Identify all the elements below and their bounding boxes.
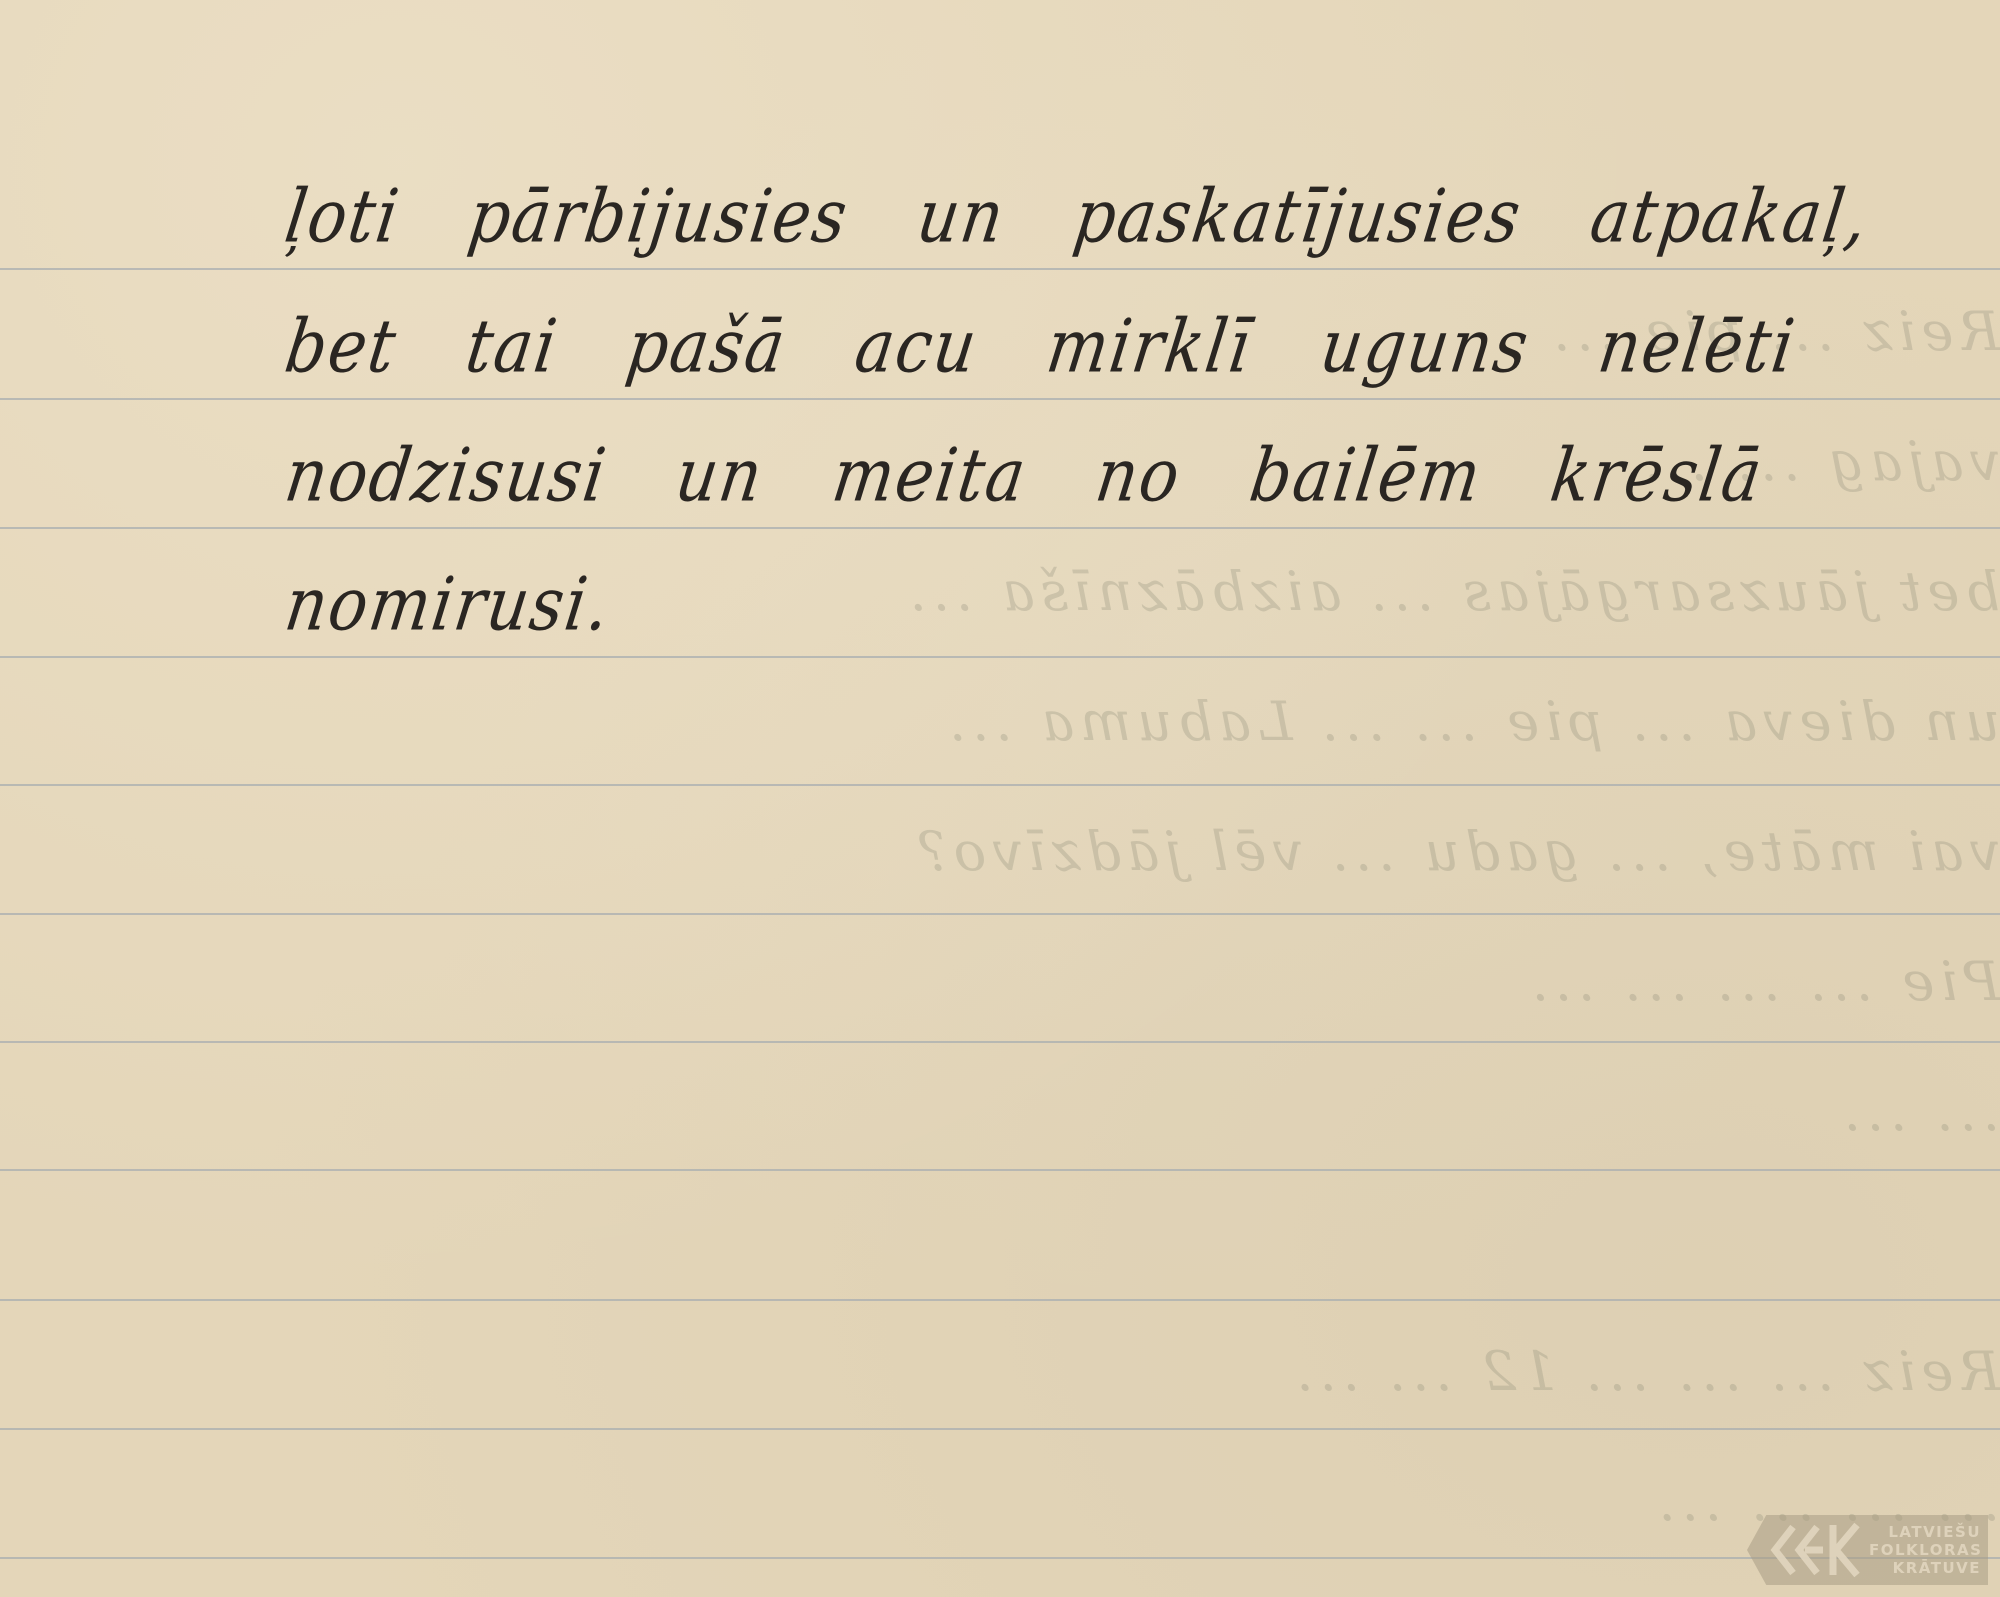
ruled-line xyxy=(0,1428,2000,1430)
word: paskatījusies xyxy=(1069,175,1527,260)
word: acu xyxy=(850,305,983,390)
handwritten-line-4: nomirusi. xyxy=(280,563,1852,648)
logo-line: LATVIEŠU xyxy=(1869,1523,1981,1541)
bleed-through-line: un dieva ... pie ... ... Labuma ... xyxy=(0,690,2000,753)
word: un xyxy=(671,434,769,519)
handwritten-line-2: bet tai pašā acu mirklī uguns nelēti xyxy=(280,305,1852,390)
handwritten-line-3: nodzisusi un meita no bailēm krēslā xyxy=(280,434,1852,519)
ruled-line xyxy=(0,1041,2000,1043)
word: un xyxy=(912,175,1010,260)
ruled-line xyxy=(0,398,2000,400)
word: nomirusi. xyxy=(280,563,616,648)
word: atpakaļ, xyxy=(1585,175,1874,260)
ruled-line xyxy=(0,527,2000,529)
bleed-through-line: Reiz ... ... ... 12 ... ... xyxy=(0,1340,2000,1403)
word: tai xyxy=(461,305,563,390)
word: ļoti xyxy=(280,175,405,260)
word: nodzisusi xyxy=(280,434,612,519)
ruled-line xyxy=(0,656,2000,658)
ruled-line xyxy=(0,913,2000,915)
word: bailēm xyxy=(1245,434,1488,519)
handwritten-line-1: ļoti pārbijusies un paskatījusies atpaka… xyxy=(280,175,1852,260)
ruled-line xyxy=(0,784,2000,786)
word: no xyxy=(1091,434,1187,519)
lfk-chevron-logo-icon xyxy=(1767,1519,1867,1581)
word: nelēti xyxy=(1593,305,1801,390)
logo-text: LATVIEŠU FOLKLORAS KRĀTUVE xyxy=(1869,1523,1981,1577)
word: bet xyxy=(280,305,403,390)
archive-logo: LATVIEŠU FOLKLORAS KRĀTUVE xyxy=(1747,1515,1988,1585)
word: krēslā xyxy=(1546,434,1769,519)
ruled-line xyxy=(0,1169,2000,1171)
word: mirklī xyxy=(1042,305,1257,390)
word: meita xyxy=(827,434,1032,519)
ruled-line xyxy=(0,1299,2000,1301)
word: uguns xyxy=(1315,305,1534,390)
bleed-through-line: vai māte, ... gadu ... vēl jādzīvo? xyxy=(0,820,2000,883)
bleed-through-line: ... ... ... ... xyxy=(0,1470,2000,1533)
logo-line: FOLKLORAS xyxy=(1869,1541,1981,1559)
manuscript-page: Reiz ... pie ... vajag ... ... bet jāuzs… xyxy=(0,0,2000,1597)
ruled-line xyxy=(0,1557,2000,1559)
word: pašā xyxy=(622,305,792,390)
ruled-line xyxy=(0,268,2000,270)
word: pārbijusies xyxy=(464,175,854,260)
bleed-through-line: ... ... xyxy=(0,1080,2000,1143)
bleed-through-line: Pie ... ... ... ... xyxy=(0,950,2000,1013)
logo-line: KRĀTUVE xyxy=(1869,1559,1981,1577)
